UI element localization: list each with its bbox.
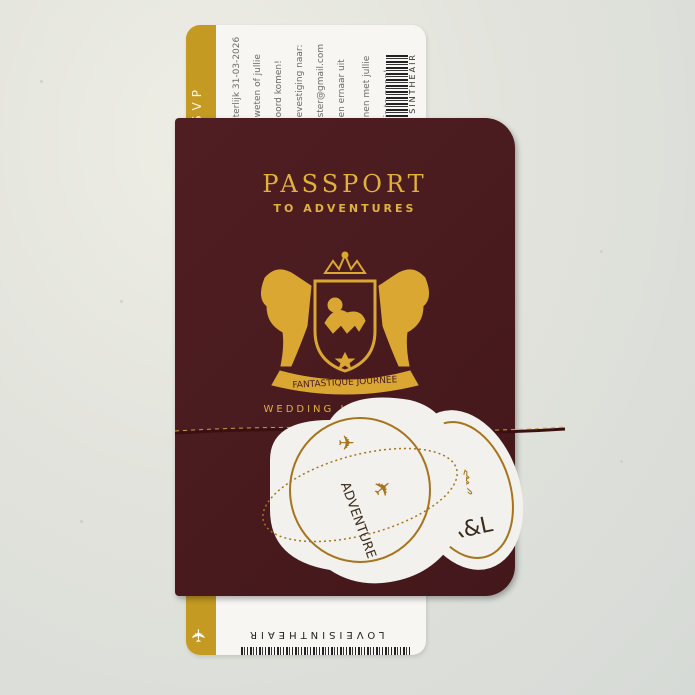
ticket-line: ...terlijk 31-03-2026 [232,31,243,126]
passport-title: PASSPORT [175,170,515,198]
code-top: SINTHEAIR [408,53,417,114]
luggage-tags: R&L ✈ ✈ ✈ ADVENTURE [250,390,530,590]
ticket-line: ...evestiging naar: [295,31,306,126]
ticket-line: ...en ernaar uit [337,31,348,126]
ticket-line: ...ster@gmail.com [316,31,327,126]
passport-subtitle: TO ADVENTURES [175,202,515,215]
ticket-line: ...nen met jullie [362,31,373,126]
ticket-line: ...oord komen! [274,31,285,126]
svg-text:✈: ✈ [338,431,355,455]
barcode-bottom [241,647,411,655]
barcode-top [386,55,408,119]
ticket-text: ...terlijk 31-03-2026 ...weten of jullie… [232,31,322,126]
coat-of-arms-icon: FANTASTIQUE JOURNÉE [245,243,445,403]
code-bottom: LOVEISINTHEAIR [246,629,384,640]
ticket-line: ...weten of jullie [253,31,264,126]
airplane-icon: ✈ [189,628,210,643]
tag-left: ✈ ✈ ADVENTURE [253,398,468,584]
